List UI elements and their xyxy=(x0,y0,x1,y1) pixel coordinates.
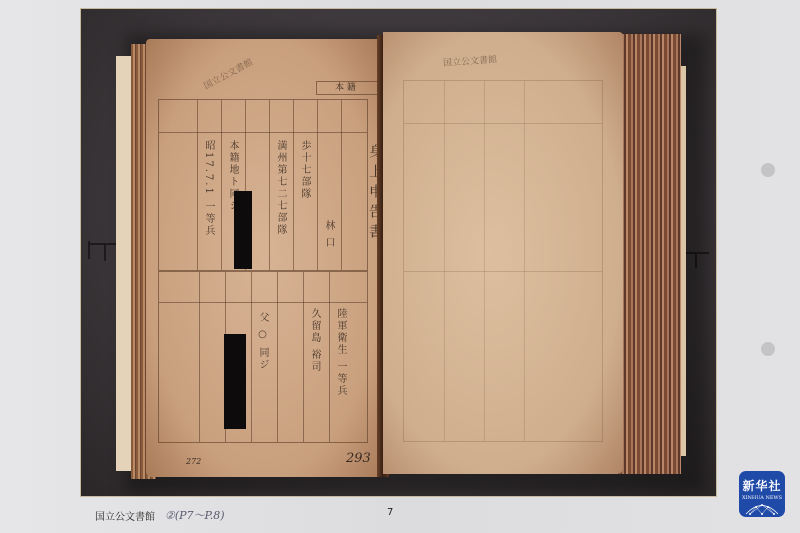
archive-stamp: 国立公文書館 xyxy=(201,55,255,92)
form-grid-lower: 父 ○ 同ジ 久留島 裕司 陸軍衛生 一等兵 xyxy=(158,271,368,443)
punch-hole xyxy=(761,342,775,356)
logo-text-cn: 新华社 xyxy=(739,477,785,494)
punch-hole xyxy=(761,163,775,177)
document-photo: 国立公文書館 本 籍 昭17.7.1 一等兵 本籍地ト同ジ 満州第七二七部隊 歩… xyxy=(80,8,717,497)
xinhua-logo: 新华社 XINHUA NEWS xyxy=(739,471,785,517)
redaction-bar xyxy=(234,191,252,269)
crop-mark xyxy=(104,243,106,261)
network-globe-icon xyxy=(744,501,780,515)
page-number: 272 xyxy=(186,457,201,466)
form-grid-upper: 昭17.7.1 一等兵 本籍地ト同ジ 満州第七二七部隊 歩十七部隊 林 口 xyxy=(158,99,368,271)
left-page: 国立公文書館 本 籍 昭17.7.1 一等兵 本籍地ト同ジ 満州第七二七部隊 歩… xyxy=(146,39,383,477)
header-box: 本 籍 xyxy=(316,81,380,95)
sheet-page-number: 7 xyxy=(387,507,393,518)
redaction-bar xyxy=(224,334,246,429)
source-caption: 国立公文書館 xyxy=(95,508,155,523)
right-page: 国立公文書館 xyxy=(383,32,623,474)
page-number: 293 xyxy=(346,451,371,466)
archive-stamp: 国立公文書館 xyxy=(443,52,498,69)
handwritten-note: ②(P7～P.8) xyxy=(165,507,225,523)
faint-form-grid xyxy=(403,80,603,442)
page-edges-right xyxy=(619,34,681,474)
